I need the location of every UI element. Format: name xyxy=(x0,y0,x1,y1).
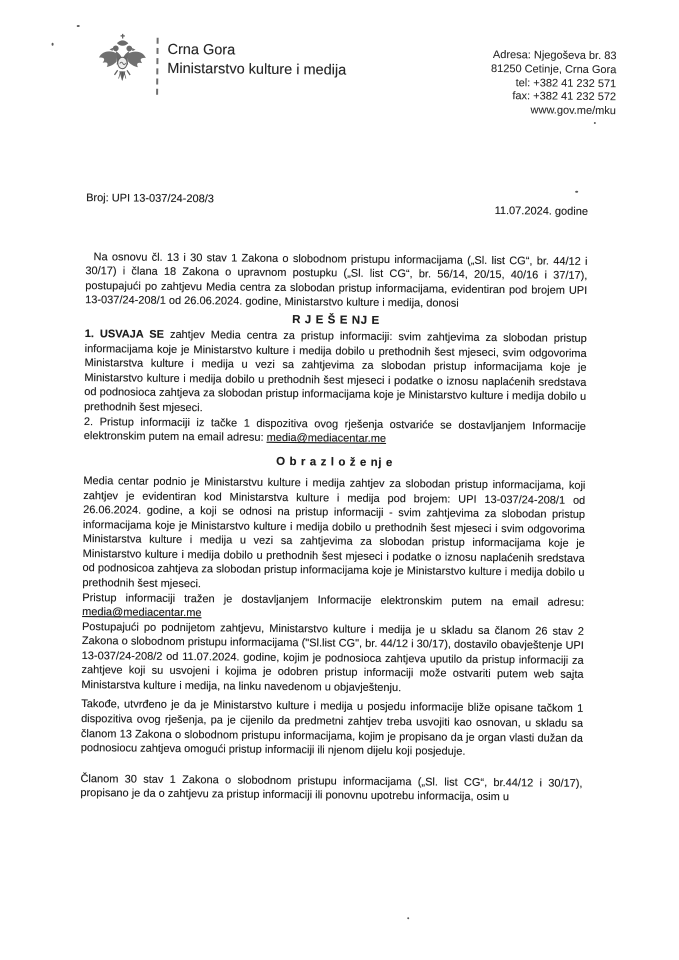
email-address: media@mediacentar.me xyxy=(82,606,202,619)
issuer-country: Crna Gora xyxy=(167,41,346,62)
explanation-paragraph-5: Članom 30 stav 1 Zakona o slobodnom pris… xyxy=(80,772,582,806)
address-line: 81250 Cetinje, Crna Gora xyxy=(491,63,616,78)
reference-number: Broj: UPI 13-037/24-208/3 xyxy=(86,191,214,207)
decision-point-1-text: zahtjev Media centra za pristup informac… xyxy=(84,329,587,414)
explanation-paragraph-3: Postupajući po podnijetom zahtjevu, Mini… xyxy=(81,620,584,698)
explanation-paragraph-1: Media centar podnio je Ministarstvu kult… xyxy=(82,474,585,595)
issuer-ministry: Ministarstvo kulture i medija xyxy=(167,60,346,81)
issuer-block: Crna Gora Ministarstvo kulture i medija xyxy=(167,41,346,81)
scan-speck xyxy=(407,917,409,919)
explanation-paragraph-2: Pristup informaciji tražen je dostavljan… xyxy=(82,591,584,625)
reference-row: Broj: UPI 13-037/24-208/3 11.07.2024. go… xyxy=(86,191,588,210)
scan-speck xyxy=(52,43,54,46)
scan-speck xyxy=(575,191,578,193)
montenegro-coat-of-arms-icon xyxy=(96,31,149,91)
heading-obrazlozenje: O b r a z l o ž e nj e xyxy=(84,453,586,472)
document-body: Broj: UPI 13-037/24-208/3 11.07.2024. go… xyxy=(80,191,588,805)
decision-point-2: 2. Pristup informaciji iz tačke 1 dispoz… xyxy=(84,415,586,449)
scanned-document-page: Crna Gora Ministarstvo kulture i medija … xyxy=(0,0,679,960)
email-address: media@mediacentar.me xyxy=(267,432,387,445)
website-line: www.gov.me/mku xyxy=(491,104,616,119)
explanation-paragraph-4: Takođe, utvrđeno je da je Ministarstvo k… xyxy=(81,697,584,760)
address-line: tel: +382 41 232 571 xyxy=(491,77,616,92)
scan-speck xyxy=(77,25,80,27)
decision-point-1: 1. USVAJA SE zahtjev Media centra za pri… xyxy=(84,327,587,419)
address-line: fax: +382 41 232 572 xyxy=(491,90,616,105)
scan-content: Crna Gora Ministarstvo kulture i medija … xyxy=(0,0,679,960)
document-date: 11.07.2024. godine xyxy=(495,204,589,219)
scan-speck xyxy=(594,122,596,124)
address-block: Adresa: Njegoševa br. 83 81250 Cetinje, … xyxy=(491,49,617,119)
decision-point-1-bold: 1. USVAJA SE xyxy=(85,328,164,341)
address-line: Adresa: Njegoševa br. 83 xyxy=(491,49,616,64)
intro-paragraph: Na osnovu čl. 13 i 30 stav 1 Zakona o sl… xyxy=(85,250,588,313)
header-divider xyxy=(156,38,159,95)
